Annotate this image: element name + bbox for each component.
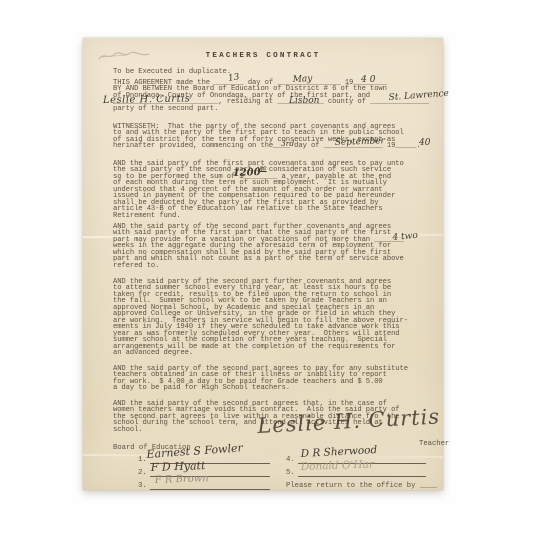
signature-number: 1. — [138, 456, 147, 464]
board-signature-2: F D Hyatt — [151, 459, 206, 474]
subtitle: To be Executed in duplicate. — [113, 69, 231, 75]
handwritten-commence-month: September — [335, 136, 385, 148]
signature-number: 2. — [138, 469, 147, 477]
handwritten-day: 13 — [227, 72, 240, 84]
signature-number: 5. — [286, 469, 295, 477]
handwritten-year: 40 — [361, 75, 378, 85]
page-title: TEACHERS CONTRACT — [83, 53, 443, 59]
paragraph-summer-school: AND the said party of the second part fu… — [113, 279, 408, 356]
board-signature-5: Donald O'Har — [301, 458, 374, 473]
board-signature-3: F R Brown — [155, 473, 209, 486]
handwritten-vacation-weeks: 4 two — [392, 231, 418, 243]
teacher-label: Teacher — [419, 440, 449, 448]
handwritten-teacher-name: Leslie H. Curtis — [103, 93, 191, 106]
handwritten-residence: Lisbon — [289, 96, 319, 106]
handwritten-salary-cents: 00 — [260, 166, 267, 172]
handwritten-salary: 1200 — [233, 167, 261, 179]
signature-number: 3. — [138, 482, 147, 490]
handwritten-commence-year: 40 — [419, 138, 430, 148]
return-note: Please return to the office by ____ — [286, 482, 437, 490]
paragraph-vacation: AND the said party of the second part fu… — [113, 224, 404, 269]
photo-background: { "header": { "title": "TEACHERS CONTRAC… — [0, 0, 540, 540]
paragraph-substitutes: AND the said party of the second part ag… — [113, 366, 408, 392]
handwritten-commence-day: 3rd — [281, 139, 294, 148]
handwritten-month: May — [292, 74, 312, 85]
contract-document: TEACHERS CONTRACT To be Executed in dupl… — [83, 38, 443, 490]
signature-number: 4. — [286, 456, 295, 464]
